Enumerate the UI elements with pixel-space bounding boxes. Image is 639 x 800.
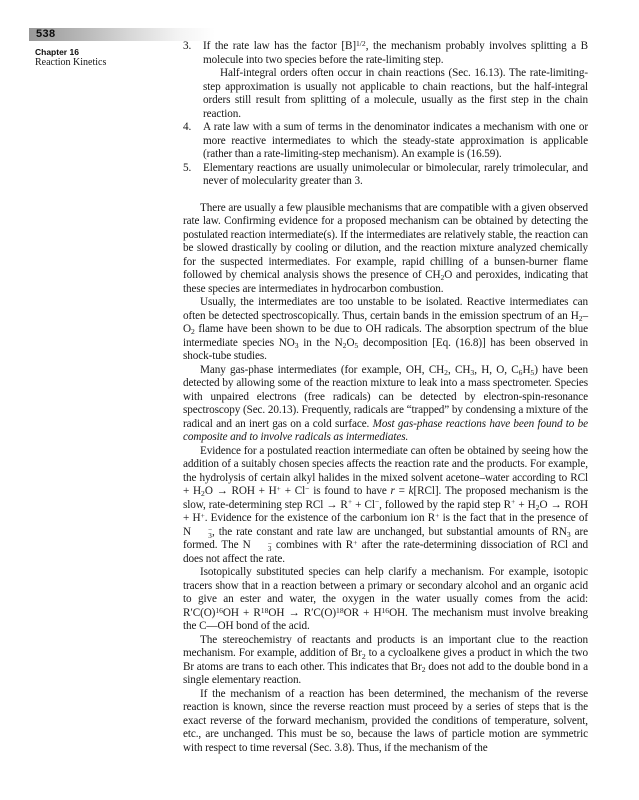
body-paragraphs: There are usually a few plausible mechan… (183, 202, 588, 756)
paragraph: If the mechanism of a reaction has been … (183, 688, 588, 756)
paragraph: The stereochemistry of reactants and pro… (183, 634, 588, 688)
paragraph: Many gas-phase intermediates (for exampl… (183, 364, 588, 445)
paragraph: Usually, the intermediates are too unsta… (183, 296, 588, 364)
list-item-text: A rate law with a sum of terms in the de… (203, 121, 588, 162)
list-item-text: Elementary reactions are usually unimole… (203, 162, 588, 189)
chapter-margin-note: Chapter 16 Reaction Kinetics (35, 47, 165, 69)
list-item: 5.Elementary reactions are usually unimo… (183, 162, 588, 189)
list-item-paragraph: If the rate law has the factor [B]1/2, t… (203, 40, 588, 67)
list-item-paragraph: Elementary reactions are usually unimole… (203, 162, 588, 189)
main-text-column: 3.If the rate law has the factor [B]1/2,… (183, 40, 588, 755)
list-item-paragraph: Half-integral orders often occur in chai… (203, 67, 588, 121)
list-item: 3.If the rate law has the factor [B]1/2,… (183, 40, 588, 121)
list-item-number: 3. (183, 40, 203, 121)
numbered-list: 3.If the rate law has the factor [B]1/2,… (183, 40, 588, 189)
list-item: 4.A rate law with a sum of terms in the … (183, 121, 588, 162)
list-item-number: 5. (183, 162, 203, 189)
paragraph: Evidence for a postulated reaction inter… (183, 445, 588, 567)
paragraph: Isotopically substituted species can hel… (183, 566, 588, 634)
book-page: 538 Chapter 16 Reaction Kinetics 3.If th… (0, 0, 639, 800)
chapter-label: Chapter 16 (35, 47, 165, 57)
page-number: 538 (29, 28, 56, 41)
list-item-paragraph: A rate law with a sum of terms in the de… (203, 121, 588, 162)
chapter-title: Reaction Kinetics (35, 57, 165, 69)
paragraph: There are usually a few plausible mechan… (183, 202, 588, 297)
list-item-text: If the rate law has the factor [B]1/2, t… (203, 40, 588, 121)
list-item-number: 4. (183, 121, 203, 162)
